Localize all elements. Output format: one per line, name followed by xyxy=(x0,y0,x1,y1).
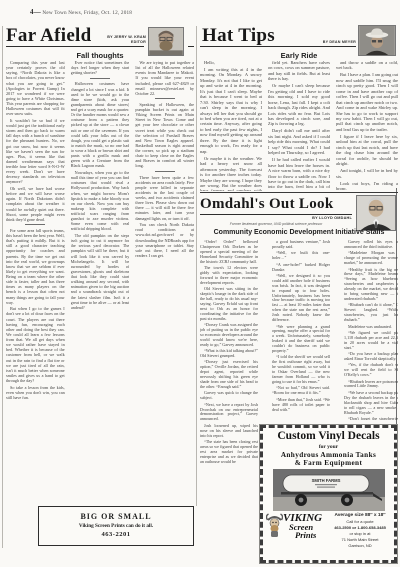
omdahl-col-2: a good business venture,” Josh proudly s… xyxy=(272,240,330,420)
omdahl-credential: Former lieutenant governor, UND politica… xyxy=(200,222,352,226)
hat-tips-body: Hello,I am writing this at 4 in the morn… xyxy=(200,60,398,191)
hat-tips-byline: BY DEAN MEYER xyxy=(294,40,356,45)
hat-tips-title: Hat Tips xyxy=(202,26,275,45)
svg-text:SMITH FARMS: SMITH FARMS xyxy=(311,478,340,483)
hat-tips-rule xyxy=(200,46,356,47)
omdahl-title: Omdahl's Out Look xyxy=(200,197,333,212)
folio-text: New Town News, Friday, Oct. 12, 2018 xyxy=(41,10,132,16)
big-or-small-ad: BIG OR SMALL Viking Screen Prints can do… xyxy=(38,506,194,546)
tank-trailer-photo: SMITH FARMS xyxy=(273,469,385,511)
folio: 4— New Town News, Friday, Oct. 12, 2018 xyxy=(30,8,132,16)
hat-tips-col-3: and throw a saddle on a cold, wet back.B… xyxy=(336,60,398,191)
omdahl-col-3: Garvey rolled his eyes and announced the… xyxy=(344,240,398,420)
left-edge-rule xyxy=(2,26,3,548)
far-afield-col-3: We are trying to put together a list of … xyxy=(135,60,194,504)
hat-tips-subhead: Early Ride xyxy=(200,51,398,60)
omdahl-col-1: “Order! Order!” bellowed Chairperson Ork… xyxy=(200,240,258,538)
far-afield-body: Comparing this year and last year certai… xyxy=(6,60,194,504)
vinyl-decals-ad: Custom Vinyl Decals for your Anhydrous A… xyxy=(260,425,397,563)
big-or-small-phone: 463-2201 xyxy=(39,531,193,538)
far-afield-subhead: Fall thoughts xyxy=(6,51,194,60)
hat-tips-col-2: field yet. Ranchers have calves on cows,… xyxy=(268,60,330,191)
omdahl-rule xyxy=(200,214,352,215)
omdahl-byline: BY LLOYD OMDAHL xyxy=(200,216,352,221)
far-afield-col-1: Comparing this year and last year certai… xyxy=(6,60,65,504)
center-column-rule xyxy=(196,26,197,506)
vinyl-ad-line3: Anhydrous Ammonia Tanks xyxy=(265,451,392,459)
big-or-small-headline: BIG OR SMALL xyxy=(39,512,193,521)
far-afield-rule xyxy=(6,46,144,47)
vinyl-ad-city: Garrison, ND xyxy=(329,543,391,549)
hat-tips-section: Hat Tips BY DEAN MEYER Early Ride Hello,… xyxy=(200,26,398,192)
vinyl-ad-size: Average size 88″ x 18″ xyxy=(329,513,391,520)
hat-tips-col-1: Hello,I am writing this at 4 in the morn… xyxy=(200,60,262,191)
far-afield-rule-dash xyxy=(188,46,194,47)
big-or-small-tagline: Viking Screen Prints can do it all. xyxy=(39,523,193,529)
vinyl-ad-line4: & Farm Equipment xyxy=(265,459,392,467)
far-afield-byline: BY JERRY W. KRAM EDITOR xyxy=(62,35,146,45)
viking-brand-line3: Prints xyxy=(295,531,322,539)
page-number: 4— xyxy=(30,8,41,16)
far-afield-section: Far Afield BY JERRY W. KRAM EDITOR Fall … xyxy=(6,26,194,506)
omdahl-subhead: Community Economic Development Initiativ… xyxy=(200,229,398,236)
far-afield-col-2: Ever notice that sometimes the days feel… xyxy=(71,60,130,504)
lloyd-omdahl-photo xyxy=(356,195,396,231)
viking-screen-prints-logo: VIKING Screen Prints xyxy=(266,513,322,540)
vinyl-ad-for-your: for your xyxy=(265,444,392,450)
omdahl-top-rule xyxy=(200,192,398,193)
vinyl-ad-contact: Average size 88″ x 18″ Call for a quote … xyxy=(329,513,391,549)
newspaper-page: 4— New Town News, Friday, Oct. 12, 2018 … xyxy=(0,0,400,567)
viking-mascot-icon xyxy=(266,513,283,537)
vinyl-ad-headline: Custom Vinyl Decals xyxy=(265,431,392,443)
